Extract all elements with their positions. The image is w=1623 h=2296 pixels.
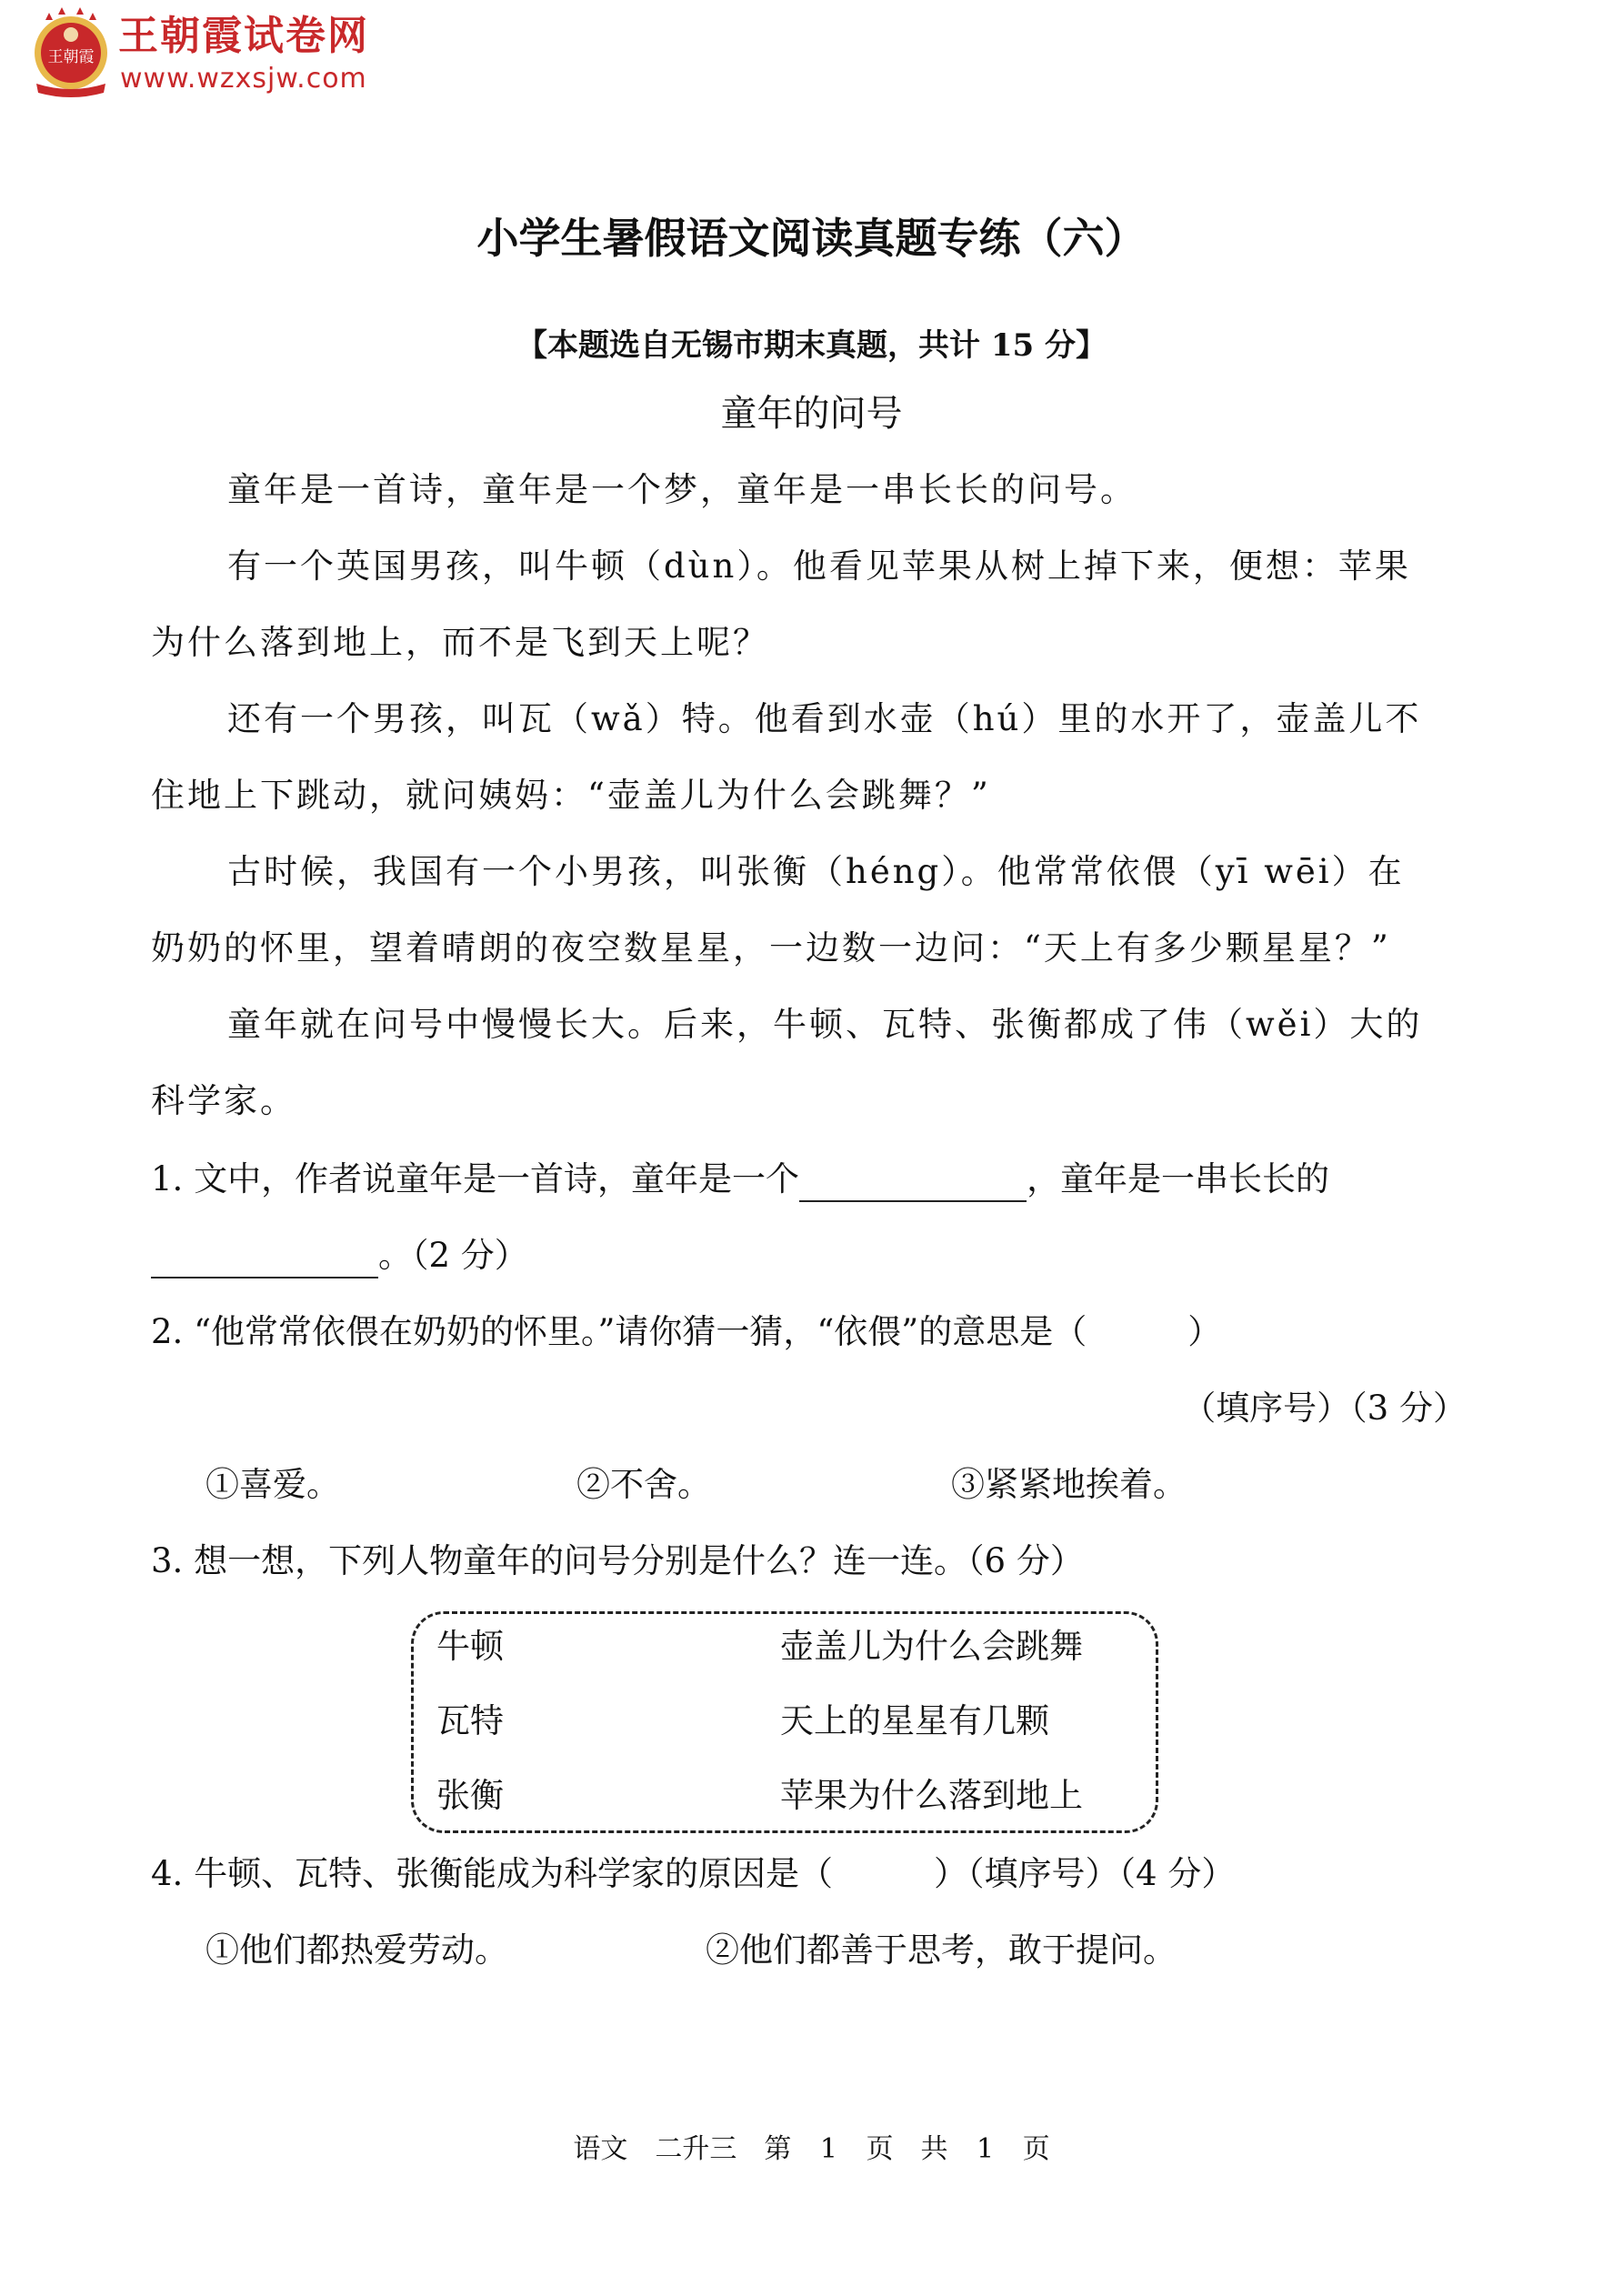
page-title: 小学生暑假语文阅读真题专练（六） [0,211,1623,266]
question-2-note: （填序号）（3 分） [1182,1386,1467,1431]
question-1: 1. 文中，作者说童年是一首诗，童年是一个，童年是一串长长的 [151,1157,1329,1202]
source-note: 【本题选自无锡市期末真题，共计 15 分】 [0,326,1623,366]
question-1-text-2: ，童年是一串长长的 [1027,1159,1329,1198]
passage-line: 古时候，我国有一个小男孩，叫张衡（héng）。他常常依偎（yī wēi）在 [227,849,1405,895]
brand-url[interactable]: www.wzxsjw.com [120,64,367,95]
logo-badge-icon: 王朝霞 [27,7,115,98]
passage-line: 为什么落到地上，而不是飞到天上呢？ [151,620,769,666]
answer-blank-2[interactable] [151,1244,378,1278]
passage-line: 还有一个男孩，叫瓦（wǎ）特。他看到水壶（hú）里的水开了，壶盖儿不 [227,697,1421,742]
question-4-stem: 4. 牛顿、瓦特、张衡能成为科学家的原因是（ ）（填序号）（4 分） [151,1851,1235,1897]
passage-line: 住地上下跳动，就问姨妈：“壶盖儿为什么会跳舞？” [151,773,991,818]
passage-line: 童年是一首诗，童年是一个梦，童年是一串长长的问号。 [227,467,1137,513]
answer-blank-1[interactable] [799,1168,1027,1202]
option-2: ②他们都善于思考，敢于提问。 [706,1928,1177,1973]
passage-line: 奶奶的怀里，望着晴朗的夜空数星星，一边数一边问：“天上有多少颗星星？” [151,926,1391,971]
brand-name: 王朝霞试卷网 [118,13,369,60]
question-1-cont: 。（2 分） [151,1233,528,1278]
passage-line: 童年就在问号中慢慢长大。后来，牛顿、瓦特、张衡都成了伟（wěi）大的 [227,1002,1422,1048]
question-1-text: 1. 文中，作者说童年是一首诗，童年是一个 [151,1159,799,1198]
match-right-item[interactable]: 天上的星星有几颗 [780,1699,1049,1744]
match-right-item[interactable]: 壶盖儿为什么会跳舞 [780,1624,1083,1669]
svg-text:王朝霞: 王朝霞 [48,48,95,66]
question-3-stem: 3. 想一想，下列人物童年的问号分别是什么？连一连。（6 分） [151,1539,1084,1584]
page-footer: 语文 二升三 第 1 页 共 1 页 [0,2131,1623,2168]
match-left-item[interactable]: 张衡 [436,1773,504,1819]
option-1: ①他们都热爱劳动。 [205,1928,508,1973]
question-1-score: 。（2 分） [378,1236,528,1275]
match-left-item[interactable]: 瓦特 [436,1699,504,1744]
match-left-item[interactable]: 牛顿 [436,1624,504,1669]
match-right-item[interactable]: 苹果为什么落到地上 [780,1773,1083,1819]
option-3: ③紧紧地挨着。 [951,1462,1187,1508]
option-2: ②不舍。 [576,1462,711,1508]
passage-line: 科学家。 [151,1078,296,1124]
passage-title: 童年的问号 [0,389,1623,438]
passage-line: 有一个英国男孩，叫牛顿（dùn）。他看见苹果从树上掉下来，便想：苹果 [227,544,1411,589]
question-2-stem: 2. “他常常依偎在奶奶的怀里。”请你猜一猜，“依偎”的意思是（ ） [151,1309,1221,1355]
option-1: ①喜爱。 [205,1462,340,1508]
